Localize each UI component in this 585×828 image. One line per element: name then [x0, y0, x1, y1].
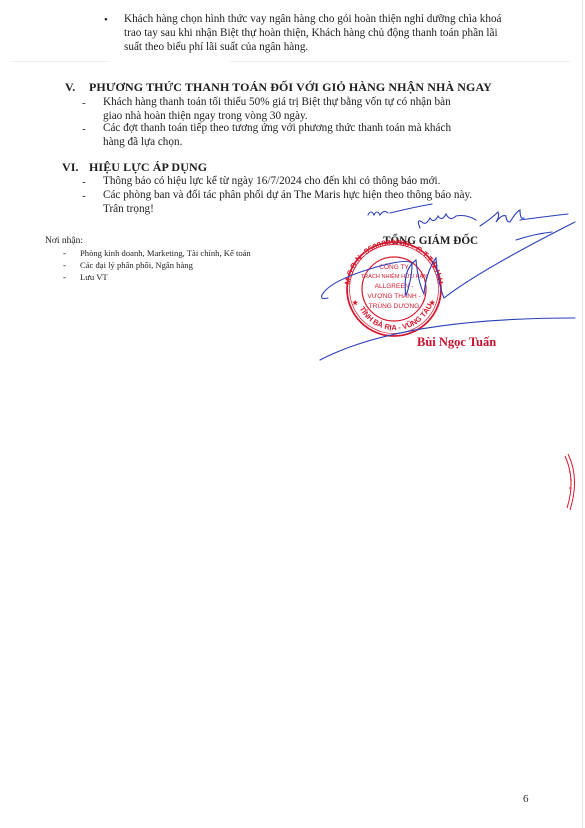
scan-artifact [10, 61, 110, 62]
document-page: • Khách hàng chọn hình thức vay ngân hàn… [0, 0, 585, 828]
signer-name: Bùi Ngọc Tuấn [417, 335, 496, 350]
section-vi-item-1: Thông báo có hiệu lực kể từ ngày 16/7/20… [103, 175, 440, 188]
closing-text: Trân trọng! [103, 203, 154, 216]
stamp-bleed-mark [560, 450, 580, 530]
recipient-2: Các đại lý phân phối, Ngân hàng [80, 260, 193, 271]
dash-icon: - [82, 123, 86, 135]
recipients-label: Nơi nhận: [45, 236, 83, 247]
section-v-item-2-line-2: hàng đã lựa chọn. [103, 136, 182, 149]
page-edge [582, 0, 583, 828]
section-v-number: V. [65, 80, 75, 95]
dash-icon: - [63, 248, 66, 258]
recipient-1: Phòng kinh doanh, Marketing, Tài chính, … [80, 248, 251, 259]
dash-icon: - [82, 176, 86, 188]
dash-icon: - [63, 260, 66, 270]
intro-line-2: trao tay sau khi nhận Biệt thự hoàn thiệ… [124, 27, 498, 40]
section-vi-title: HIỆU LỰC ÁP DỤNG [89, 160, 207, 175]
section-v-item-1-line-1: Khách hàng thanh toán tối thiểu 50% giá … [103, 96, 451, 109]
dash-icon: - [82, 190, 86, 202]
section-v-item-2-line-1: Các đợt thanh toán tiếp theo tương ứng v… [103, 122, 451, 135]
section-vi-number: VI. [62, 160, 79, 175]
intro-line-1: Khách hàng chọn hình thức vay ngân hàng … [124, 13, 502, 26]
bullet-icon: • [104, 14, 108, 26]
page-number: 6 [523, 793, 529, 805]
section-v-title: PHƯƠNG THỨC THANH TOÁN ĐỐI VỚI GIỎ HÀNG … [89, 80, 492, 95]
recipient-3: Lưu VT [80, 272, 108, 283]
scan-artifact [230, 61, 570, 62]
intro-line-3: suất theo biểu phí lãi suất của ngân hàn… [124, 41, 308, 54]
dash-icon: - [63, 272, 66, 282]
dash-icon: - [82, 97, 86, 109]
